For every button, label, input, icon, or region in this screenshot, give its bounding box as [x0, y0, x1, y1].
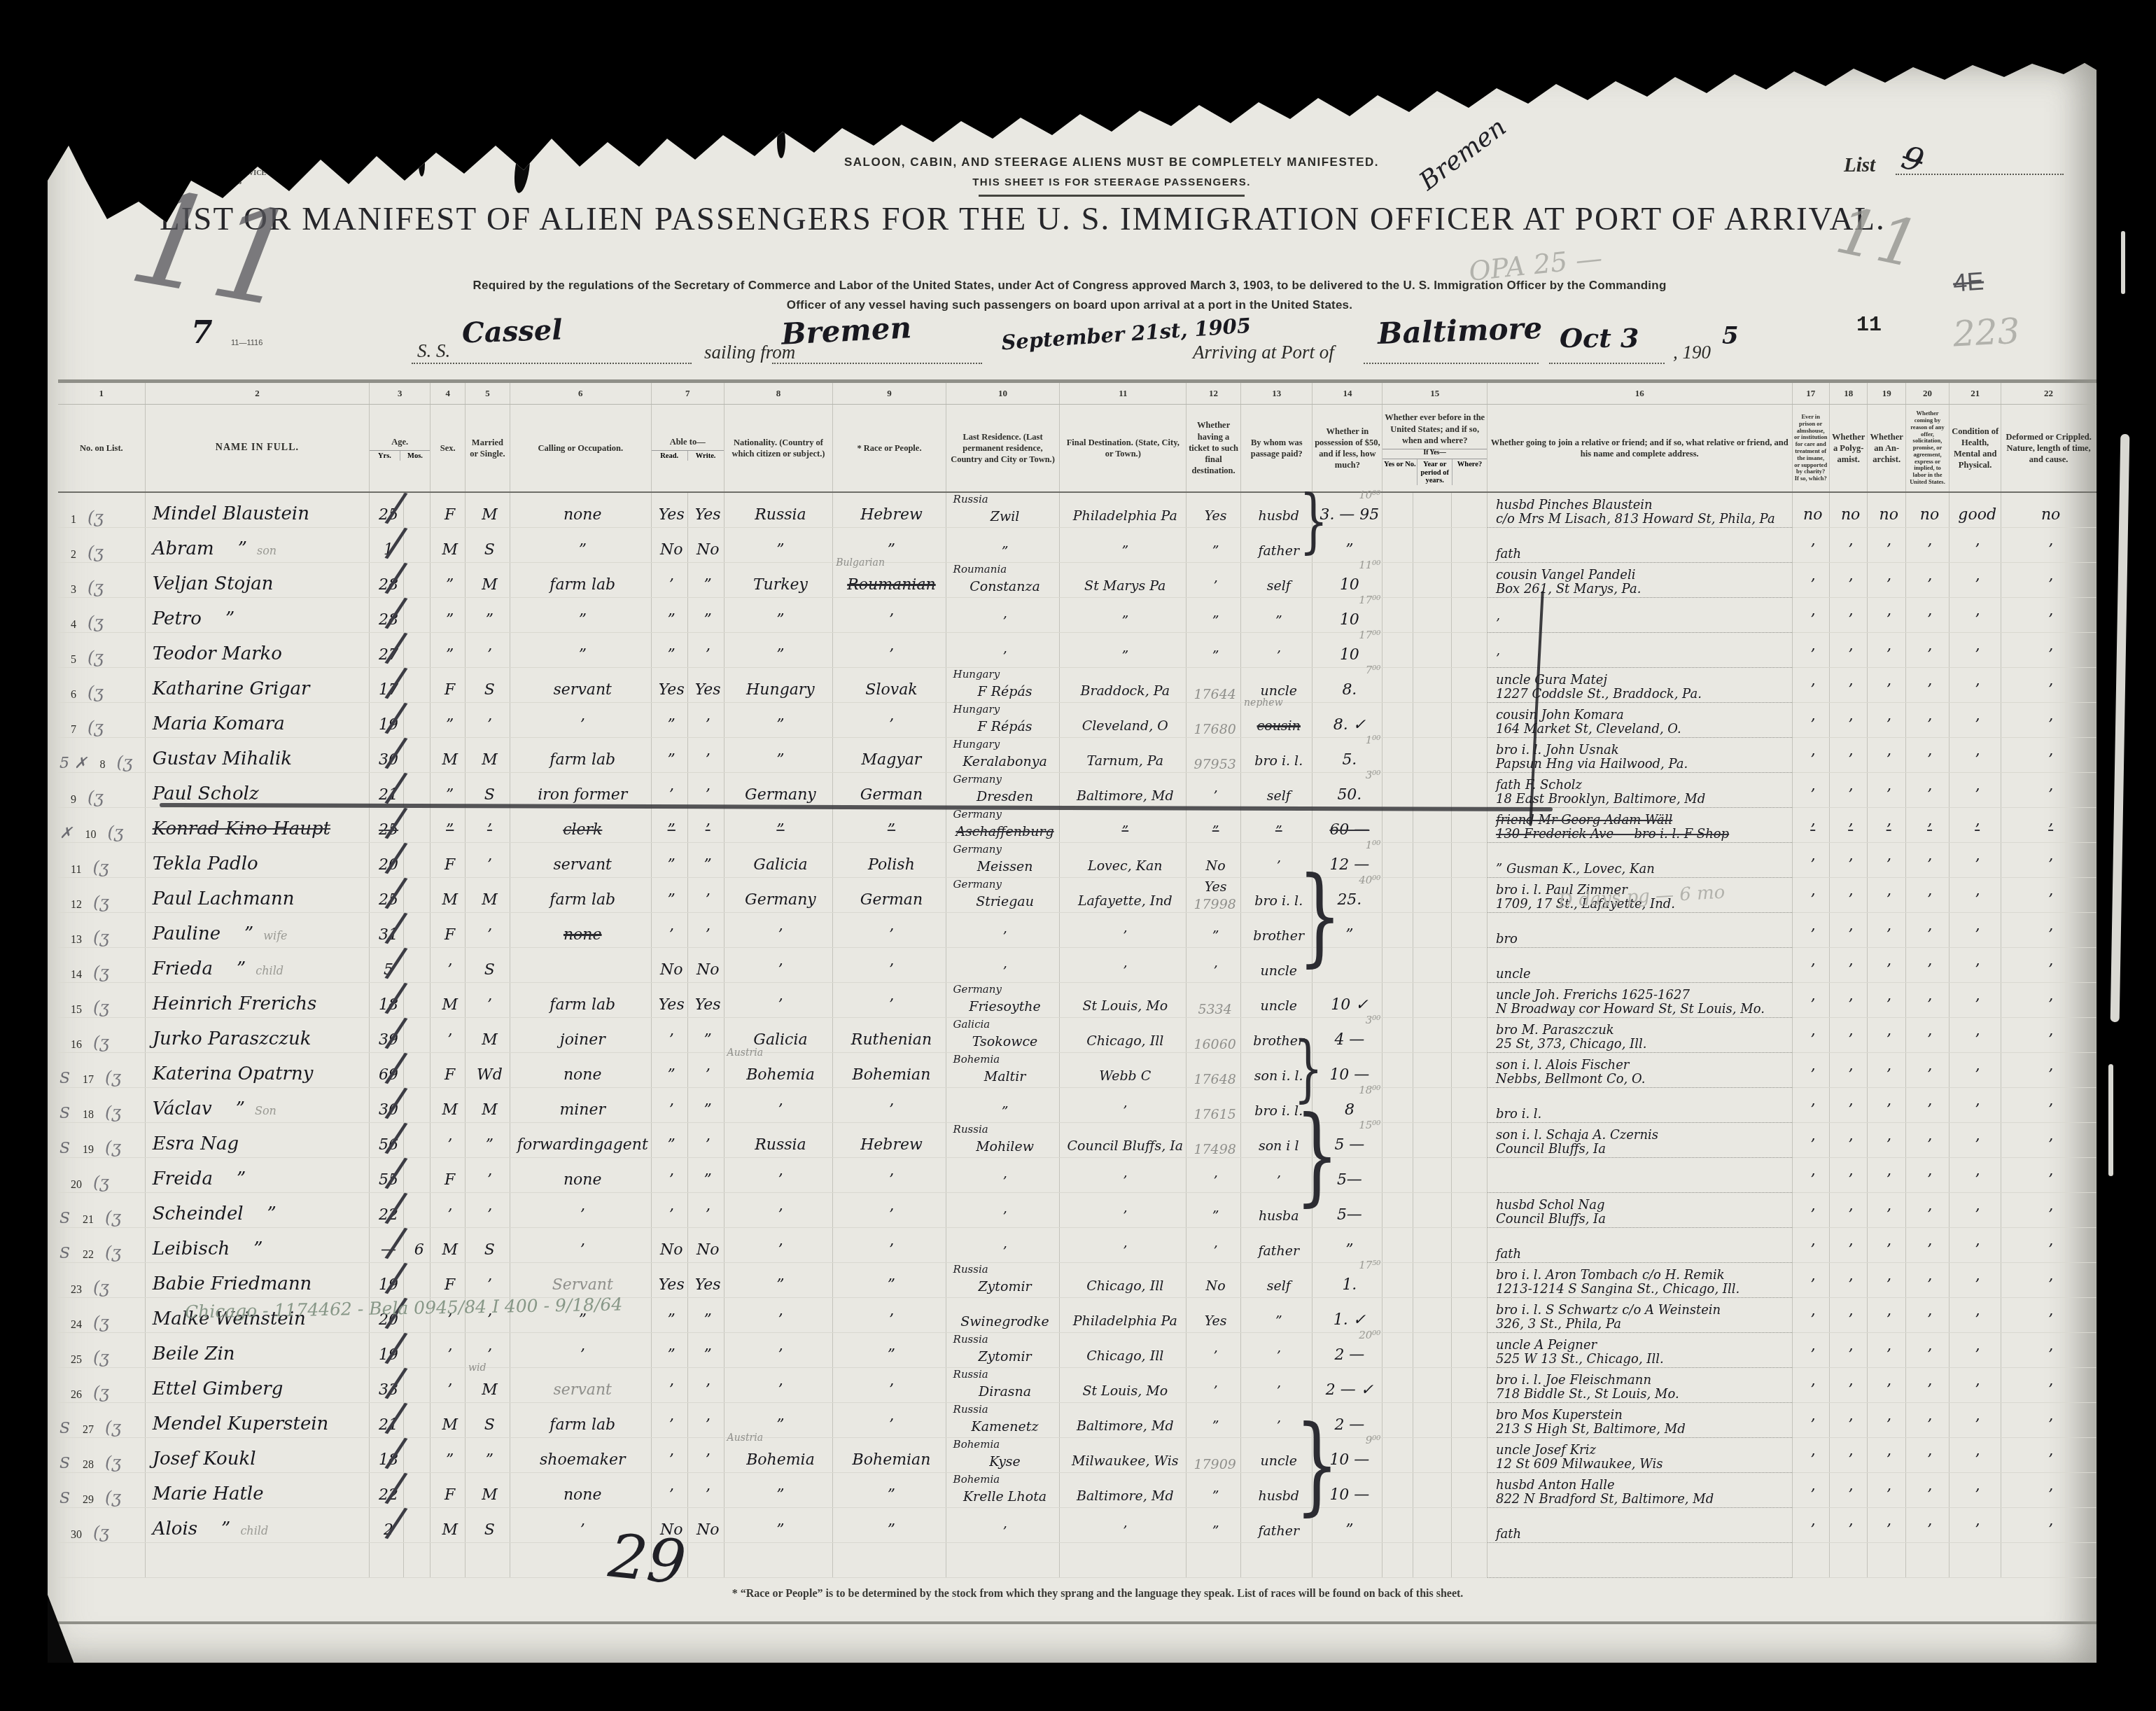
cell-before-year — [1413, 1543, 1451, 1578]
cell-before-year — [1413, 1508, 1451, 1543]
cell-nationality: AustriaBohemia — [724, 1438, 833, 1473]
cell-labor-contract: ’ — [1905, 1438, 1949, 1473]
cell-deformed: ’ — [2001, 948, 2096, 983]
cell-row-number: 16(ʒ — [58, 1018, 145, 1053]
cell-deformed: ’ — [2001, 1263, 2096, 1298]
cell-before-where — [1452, 1298, 1487, 1333]
cell-polygamist: ’ — [1829, 808, 1868, 843]
cell-row-number: 14(ʒ — [58, 948, 145, 983]
cell-occupation: farm lab — [510, 878, 651, 913]
cell-nationality: ’ — [724, 1088, 833, 1123]
cell-prison: ’ — [1792, 773, 1829, 808]
cell-age-months: 6 — [404, 1228, 430, 1263]
cell-anarchist: no — [1868, 492, 1906, 528]
cell-health: ’ — [1949, 1298, 2001, 1333]
cell-row-number: 5(ʒ — [58, 633, 145, 668]
typed-page-11: 11 — [1856, 314, 1882, 337]
cell-polygamist: ’ — [1829, 738, 1868, 773]
cell-destination — [1060, 1543, 1186, 1578]
cell-money: 1. ✓ — [1312, 1298, 1382, 1333]
cell-race: ” — [833, 1333, 946, 1368]
cell-before-year — [1413, 808, 1451, 843]
cell-sex — [430, 1543, 465, 1578]
cell-read: ’ — [651, 1193, 687, 1228]
cell-anarchist: ’ — [1868, 528, 1906, 563]
cell-occupation: Servant — [510, 1263, 651, 1298]
cell-age-years: 17∕ — [370, 668, 404, 703]
cell-nationality: ’ — [724, 983, 833, 1018]
cell-passage-paid-by: ’ — [1241, 1368, 1312, 1403]
table-row: 9(ʒPaul Scholz21∕”Siron former’’GermanyG… — [58, 773, 2096, 808]
col-number-19: 19 — [1868, 382, 1906, 405]
dept-block: Department of Commerce and Labor IMMIGRA… — [147, 157, 301, 186]
cell-row-number: 1(ʒ — [58, 492, 145, 528]
cell-name: Katharine Grigar — [145, 668, 369, 703]
cell-prison: ’ — [1792, 1438, 1829, 1473]
cell-anarchist: ’ — [1868, 1088, 1906, 1123]
cell-race: Hebrew — [833, 492, 946, 528]
cell-married-single: M — [465, 1088, 510, 1123]
cell-before-year — [1413, 563, 1451, 598]
cell-married-single: M — [465, 738, 510, 773]
cell-prison: ’ — [1792, 668, 1829, 703]
cell-age-years: 39∕ — [370, 1018, 404, 1053]
cell-last-residence: ’ — [946, 913, 1060, 948]
cell-nationality: ” — [724, 738, 833, 773]
cell-row-number: 11(ʒ — [58, 843, 145, 878]
cell-married-single: S — [465, 1228, 510, 1263]
cell-nationality: Russia — [724, 492, 833, 528]
cell-prison: ’ — [1792, 808, 1829, 843]
cell-passage-paid-by: ’ — [1241, 1403, 1312, 1438]
footnote: * “Race or People” is to be determined b… — [398, 1588, 1798, 1600]
cell-prison: ’ — [1792, 843, 1829, 878]
cell-race: Slovak — [833, 668, 946, 703]
cell-polygamist: ’ — [1829, 528, 1868, 563]
cell-name: Teodor Marko — [145, 633, 369, 668]
cell-before-yesno — [1382, 1088, 1413, 1123]
cell-row-number: S17(ʒ — [58, 1053, 145, 1088]
cell-destination: ” — [1060, 598, 1186, 633]
cell-write: ’ — [687, 1193, 724, 1228]
cell-before-where — [1452, 843, 1487, 878]
cell-passage-paid-by — [1241, 1543, 1312, 1578]
hw-ship-name: Cassel — [461, 314, 563, 350]
col-header-4: Sex. — [430, 405, 465, 493]
cell-labor-contract: ’ — [1905, 983, 1949, 1018]
cell-ticket: Yes17998 — [1186, 878, 1241, 913]
cell-join-relative: cousin John Komara164 Market St, Clevela… — [1487, 703, 1792, 738]
cell-health: ’ — [1949, 1228, 2001, 1263]
cell-anarchist: ’ — [1868, 598, 1906, 633]
cell-prison: ’ — [1792, 528, 1829, 563]
cell-polygamist: ’ — [1829, 1473, 1868, 1508]
cell-married-single: ’ — [465, 703, 510, 738]
cell-occupation: none — [510, 1053, 651, 1088]
cell-join-relative: bro Mos Kuperstein213 S High St, Baltimo… — [1487, 1403, 1792, 1438]
cell-age-years: 55∕ — [370, 1158, 404, 1193]
cell-race: ’ — [833, 1088, 946, 1123]
cell-before-where — [1452, 1543, 1487, 1578]
cell-nationality: ” — [724, 598, 833, 633]
cell-occupation: servant — [510, 1368, 651, 1403]
cell-health — [1949, 1543, 2001, 1578]
cell-race: ’ — [833, 633, 946, 668]
cell-nationality: ’ — [724, 1228, 833, 1263]
cell-last-residence: ’ — [946, 1193, 1060, 1228]
cell-married-single: ’ — [465, 843, 510, 878]
cell-read: ’ — [651, 1018, 687, 1053]
cell-married-single: widM — [465, 1368, 510, 1403]
cell-passage-paid-by: ” — [1241, 598, 1312, 633]
cell-before-where — [1452, 1473, 1487, 1508]
hw-sailing-port: Bremen — [780, 310, 912, 351]
cell-deformed: ’ — [2001, 668, 2096, 703]
cell-read: No — [651, 1508, 687, 1543]
cell-married-single: Wd — [465, 1053, 510, 1088]
cell-name: Václav”Son — [145, 1088, 369, 1123]
cell-health: ’ — [1949, 1368, 2001, 1403]
cell-destination: Chicago, Ill — [1060, 1263, 1186, 1298]
col-header-14: Whether in possession of $50, and if les… — [1312, 405, 1382, 493]
cell-age-months — [404, 492, 430, 528]
cell-anarchist: ’ — [1868, 1438, 1906, 1473]
cell-before-where — [1452, 528, 1487, 563]
cell-before-year — [1413, 598, 1451, 633]
col-number-4: 4 — [430, 382, 465, 405]
cell-last-residence — [946, 1543, 1060, 1578]
cell-ticket — [1186, 1543, 1241, 1578]
cell-before-where — [1452, 1053, 1487, 1088]
cell-married-single: ” — [465, 598, 510, 633]
cell-health: ’ — [1949, 948, 2001, 983]
cell-row-number: S19(ʒ — [58, 1123, 145, 1158]
col-number-7: 7 — [651, 382, 724, 405]
cell-destination: Chicago, Ill — [1060, 1333, 1186, 1368]
cell-polygamist: ’ — [1829, 1508, 1868, 1543]
cell-occupation: farm lab — [510, 738, 651, 773]
cell-age-months — [404, 1298, 430, 1333]
cell-passage-paid-by: brother — [1241, 913, 1312, 948]
cell-write: No — [687, 528, 724, 563]
cell-prison: ’ — [1792, 948, 1829, 983]
cell-before-where — [1452, 492, 1487, 528]
cell-age-years: 21∕ — [370, 1403, 404, 1438]
cell-nationality: ” — [724, 633, 833, 668]
arriving-label: Arriving at Port of — [1193, 342, 1334, 363]
cell-polygamist: ’ — [1829, 1158, 1868, 1193]
cell-sex: M — [430, 1088, 465, 1123]
cell-write: ” — [687, 1298, 724, 1333]
cell-destination: ’ — [1060, 1508, 1186, 1543]
cell-race: ’ — [833, 703, 946, 738]
cell-write: ’ — [687, 913, 724, 948]
required-line2: Officer of any vessel having such passen… — [160, 298, 1980, 312]
cell-age-months — [404, 843, 430, 878]
page-title: LIST OR MANIFEST OF ALIEN PASSENGERS FOR… — [160, 200, 1756, 238]
cell-destination: Webb C — [1060, 1053, 1186, 1088]
cell-health: ’ — [1949, 668, 2001, 703]
cell-destination: Philadelphia Pa — [1060, 1298, 1186, 1333]
cell-passage-paid-by: ’ — [1241, 843, 1312, 878]
cell-prison: ’ — [1792, 598, 1829, 633]
cell-deformed: ’ — [2001, 1333, 2096, 1368]
cell-age-months — [404, 773, 430, 808]
cell-before-yesno — [1382, 598, 1413, 633]
cell-last-residence: ’ — [946, 1508, 1060, 1543]
cell-passage-paid-by: husbd — [1241, 492, 1312, 528]
col-number-21: 21 — [1949, 382, 2001, 405]
cell-last-residence: ” — [946, 528, 1060, 563]
cell-passage-paid-by: husba — [1241, 1193, 1312, 1228]
cell-money: 1011⁰⁰ — [1312, 563, 1382, 598]
col-header-11: Final Destination. (State, City, or Town… — [1060, 405, 1186, 493]
cell-labor-contract: ’ — [1905, 528, 1949, 563]
cell-sex: ” — [430, 563, 465, 598]
cell-money: 3. — 9510⁰⁰ — [1312, 492, 1382, 528]
cell-health: ’ — [1949, 1473, 2001, 1508]
cell-ticket: ” — [1186, 1473, 1241, 1508]
cell-age-months — [404, 738, 430, 773]
cell-read: ’ — [651, 1473, 687, 1508]
cell-deformed: ’ — [2001, 1018, 2096, 1053]
cell-sex: ’ — [430, 1298, 465, 1333]
cell-married-single — [465, 1543, 510, 1578]
cell-row-number: 13(ʒ — [58, 913, 145, 948]
col-number-6: 6 — [510, 382, 651, 405]
cell-before-where — [1452, 878, 1487, 913]
cell-anarchist: ’ — [1868, 983, 1906, 1018]
cell-age-years: 25∕ — [370, 492, 404, 528]
cell-before-yesno — [1382, 738, 1413, 773]
cell-married-single: M — [465, 1473, 510, 1508]
hw-sheet-number: 7 — [191, 315, 213, 351]
cell-polygamist: ’ — [1829, 703, 1868, 738]
cell-before-where — [1452, 1403, 1487, 1438]
cell-ticket: Yes — [1186, 492, 1241, 528]
cell-nationality: ’ — [724, 1193, 833, 1228]
cell-read: ” — [651, 808, 687, 843]
cell-last-residence: GaliciaTsokowce — [946, 1018, 1060, 1053]
cell-money: 10 ✓ — [1312, 983, 1382, 1018]
cell-age-years: 21∕ — [370, 773, 404, 808]
cell-before-year — [1413, 843, 1451, 878]
cell-prison: ’ — [1792, 1018, 1829, 1053]
cell-name: Marie Hatle — [145, 1473, 369, 1508]
edge-streak — [2108, 1064, 2113, 1176]
cell-row-number: 9(ʒ — [58, 773, 145, 808]
cell-name: Scheindel” — [145, 1193, 369, 1228]
cell-name: Esra Nag — [145, 1123, 369, 1158]
cell-row-number: 30(ʒ — [58, 1508, 145, 1543]
cell-health: ’ — [1949, 1088, 2001, 1123]
cell-name: Beile Zin — [145, 1333, 369, 1368]
col-number-15: 15 — [1382, 382, 1487, 405]
table-row: 23(ʒBabie Friedmann19∕F’ServantYesYes””R… — [58, 1263, 2096, 1298]
cell-destination: ’ — [1060, 1193, 1186, 1228]
table-row: S28(ʒJosef Koukl18∕””shoemaker’’AustriaB… — [58, 1438, 2096, 1473]
cell-deformed: ’ — [2001, 528, 2096, 563]
cell-last-residence: BohemiaKrelle Lhota — [946, 1473, 1060, 1508]
cell-before-yesno — [1382, 1298, 1413, 1333]
cell-write: ’ — [687, 1053, 724, 1088]
cell-occupation: miner — [510, 1088, 651, 1123]
cell-age-years — [370, 1543, 404, 1578]
cell-race: Bohemian — [833, 1053, 946, 1088]
cell-name: Jurko Paraszczuk — [145, 1018, 369, 1053]
cell-before-yesno — [1382, 1053, 1413, 1088]
cell-occupation: clerk — [510, 808, 651, 843]
arrival-port-rule — [1364, 361, 1539, 364]
cell-passage-paid-by: ” — [1241, 1298, 1312, 1333]
cell-money: 60 — — [1312, 808, 1382, 843]
cell-before-where — [1452, 1158, 1487, 1193]
col-header-12: Whether having a ticket to such final de… — [1186, 405, 1241, 493]
cell-money: 12 —1⁰⁰ — [1312, 843, 1382, 878]
cell-before-where — [1452, 1088, 1487, 1123]
cell-read: ” — [651, 633, 687, 668]
cell-deformed: ’ — [2001, 1053, 2096, 1088]
stain — [512, 144, 533, 194]
cell-married-single: S — [465, 1508, 510, 1543]
cell-write: ” — [687, 1333, 724, 1368]
cell-age-months — [404, 1193, 430, 1228]
cell-prison: ’ — [1792, 913, 1829, 948]
cell-labor-contract: ’ — [1905, 1403, 1949, 1438]
cell-nationality: ’ — [724, 1368, 833, 1403]
cell-join-relative: fath — [1487, 528, 1792, 563]
cell-row-number: S22(ʒ — [58, 1228, 145, 1263]
cell-health: ’ — [1949, 1333, 2001, 1368]
cell-polygamist: ’ — [1829, 1228, 1868, 1263]
cell-money: 25.40⁰⁰ — [1312, 878, 1382, 913]
cell-prison: ’ — [1792, 1298, 1829, 1333]
cell-last-residence: Swinegrodke — [946, 1298, 1060, 1333]
cell-prison: ’ — [1792, 983, 1829, 1018]
cell-money: 5 —15⁰⁰ — [1312, 1123, 1382, 1158]
cell-last-residence: RussiaZytomir — [946, 1263, 1060, 1298]
cell-age-months — [404, 1123, 430, 1158]
cell-write: ’ — [687, 1473, 724, 1508]
cell-age-years: 25∕ — [370, 808, 404, 843]
cell-race — [833, 1543, 946, 1578]
cell-money: 10 — — [1312, 1053, 1382, 1088]
cell-join-relative: ’ — [1487, 633, 1792, 668]
col-header-18: Whether a Polyg- amist. — [1829, 405, 1868, 493]
cell-polygamist: ’ — [1829, 668, 1868, 703]
cell-occupation: farm lab — [510, 1403, 651, 1438]
cell-health: ’ — [1949, 983, 2001, 1018]
cell-polygamist: ’ — [1829, 1193, 1868, 1228]
cell-read: Yes — [651, 983, 687, 1018]
cell-destination: ’ — [1060, 913, 1186, 948]
cell-race: German — [833, 878, 946, 913]
col-header-2: NAME IN FULL. — [145, 405, 369, 493]
cell-before-where — [1452, 1508, 1487, 1543]
cell-ticket: 17498 — [1186, 1123, 1241, 1158]
cell-prison: ’ — [1792, 738, 1829, 773]
cell-money: 1.17⁵⁰ — [1312, 1263, 1382, 1298]
cell-polygamist: ’ — [1829, 878, 1868, 913]
cell-passage-paid-by: uncle — [1241, 983, 1312, 1018]
cell-row-number: 12(ʒ — [58, 878, 145, 913]
cell-write: ’ — [687, 1438, 724, 1473]
cell-name: Veljan Stojan — [145, 563, 369, 598]
col-number-9: 9 — [833, 382, 946, 405]
cell-anarchist: ’ — [1868, 668, 1906, 703]
cell-before-yesno — [1382, 1508, 1413, 1543]
required-line1: Required by the regulations of the Secre… — [160, 279, 1980, 293]
cell-polygamist: ’ — [1829, 983, 1868, 1018]
cell-polygamist: ’ — [1829, 948, 1868, 983]
cell-last-residence: ’ — [946, 1158, 1060, 1193]
cell-destination: Council Bluffs, Ia — [1060, 1123, 1186, 1158]
cell-before-yesno — [1382, 528, 1413, 563]
cell-occupation: none — [510, 1158, 651, 1193]
table-row: 2(ʒAbram”son1∕MS”NoNo”””””father”fath’’’… — [58, 528, 2096, 563]
cell-join-relative: son i. l. Schaja A. CzernisCouncil Bluff… — [1487, 1123, 1792, 1158]
cell-married-single: ’ — [465, 1263, 510, 1298]
cell-anarchist: ’ — [1868, 1158, 1906, 1193]
cell-before-yesno — [1382, 1333, 1413, 1368]
cell-anarchist: ’ — [1868, 1263, 1906, 1298]
cell-before-where — [1452, 1333, 1487, 1368]
cell-health: ’ — [1949, 738, 2001, 773]
col-header-21: Condition of Health, Mental and Physical… — [1949, 405, 2001, 493]
cell-nationality: Hungary — [724, 668, 833, 703]
cell-money: 8.7⁰⁰ — [1312, 668, 1382, 703]
list-label: List — [1844, 154, 1875, 177]
col-header-13: By whom was passage paid? — [1241, 405, 1312, 493]
cell-age-years: 28∕ — [370, 563, 404, 598]
table-row: S19(ʒEsra Nag56∕’”forwardingagent”’Russi… — [58, 1123, 2096, 1158]
cell-labor-contract: ’ — [1905, 1018, 1949, 1053]
cell-labor-contract: ’ — [1905, 668, 1949, 703]
cell-money — [1312, 948, 1382, 983]
cell-write: ” — [687, 1018, 724, 1053]
edge-streak — [2110, 434, 2130, 1022]
col-number-13: 13 — [1241, 382, 1312, 405]
cell-row-number: 15(ʒ — [58, 983, 145, 1018]
col-header-17: Ever in prison or almshouse, or institut… — [1792, 405, 1829, 493]
cell-married-single: S — [465, 528, 510, 563]
cell-money: 10 —9⁰⁰ — [1312, 1438, 1382, 1473]
col-header-5: Married or Single. — [465, 405, 510, 493]
col-header-8: Nationality. (Country of which citizen o… — [724, 405, 833, 493]
cell-join-relative — [1487, 1543, 1792, 1578]
cell-polygamist: ’ — [1829, 1123, 1868, 1158]
cell-polygamist: ’ — [1829, 843, 1868, 878]
cell-age-months — [404, 1508, 430, 1543]
cell-age-months — [404, 1333, 430, 1368]
cell-health: ’ — [1949, 633, 2001, 668]
notice-underline — [979, 195, 1245, 197]
table-row: S21(ʒScheindel”22∕’’’’’’’’’”husba5—husbd… — [58, 1193, 2096, 1228]
cell-health: ’ — [1949, 563, 2001, 598]
cell-married-single: ’ — [465, 983, 510, 1018]
cell-age-years: 31∕ — [370, 913, 404, 948]
cell-passage-paid-by: bro i. l. — [1241, 878, 1312, 913]
table-row: 3(ʒVeljan Stojan28∕”Mfarm lab’”TurkeyBul… — [58, 563, 2096, 598]
cell-join-relative: bro — [1487, 913, 1792, 948]
cell-age-months — [404, 1403, 430, 1438]
col-number-17: 17 — [1792, 382, 1829, 405]
cell-race: BulgarianRoumanian — [833, 563, 946, 598]
cell-race: Bohemian — [833, 1438, 946, 1473]
cell-name: Petro” — [145, 598, 369, 633]
cell-deformed: ’ — [2001, 1473, 2096, 1508]
cell-before-year — [1413, 1228, 1451, 1263]
